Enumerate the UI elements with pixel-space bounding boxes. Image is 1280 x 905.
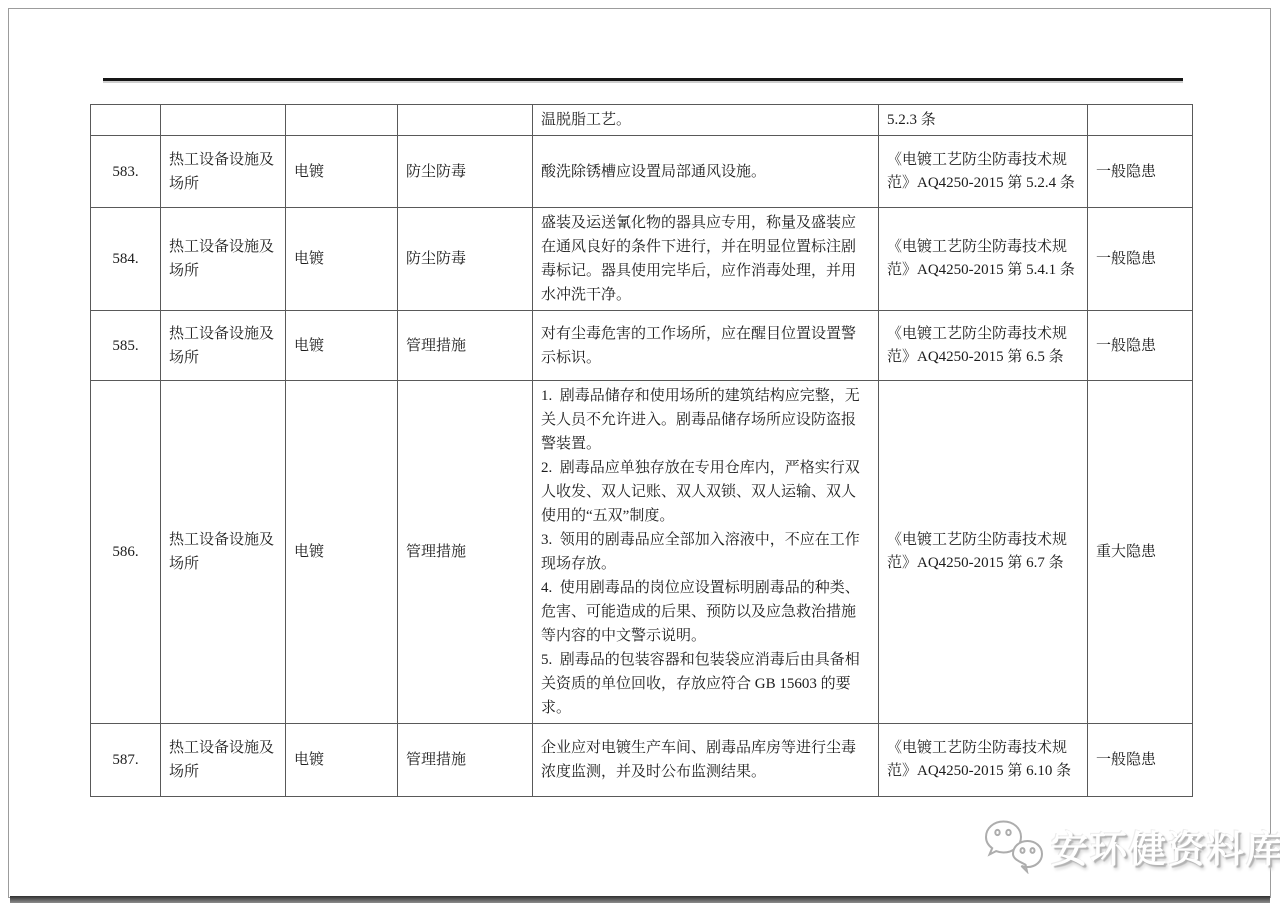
document-page: 温脱脂工艺。 5.2.3 条 583. 热工设备设施及场所 电镀 防尘防毒 酸洗…: [0, 0, 1280, 905]
cell-facility: 热工设备设施及场所: [161, 724, 286, 797]
cell-desc: 酸洗除锈槽应设置局部通风设施。: [533, 136, 879, 208]
cell-ref: 《电镀工艺防尘防毒技术规范》AQ4250-2015 第 5.4.1 条: [879, 208, 1088, 311]
cell-category: 防尘防毒: [398, 208, 533, 311]
cell-level: [1088, 105, 1193, 136]
cell-category: 管理措施: [398, 724, 533, 797]
cell-process: 电镀: [286, 208, 398, 311]
cell-process: 电镀: [286, 136, 398, 208]
cell-no: 584.: [91, 208, 161, 311]
header-divider: [103, 78, 1183, 81]
hazard-table: 温脱脂工艺。 5.2.3 条 583. 热工设备设施及场所 电镀 防尘防毒 酸洗…: [90, 104, 1193, 797]
cell-no: 583.: [91, 136, 161, 208]
table-row: 587. 热工设备设施及场所 电镀 管理措施 企业应对电镀生产车间、剧毒品库房等…: [91, 724, 1193, 797]
table-row: 584. 热工设备设施及场所 电镀 防尘防毒 盛装及运送氰化物的器具应专用，称量…: [91, 208, 1193, 311]
cell-ref: 《电镀工艺防尘防毒技术规范》AQ4250-2015 第 6.7 条: [879, 381, 1088, 724]
cell-ref: 《电镀工艺防尘防毒技术规范》AQ4250-2015 第 6.5 条: [879, 311, 1088, 381]
cell-desc: 企业应对电镀生产车间、剧毒品库房等进行尘毒浓度监测，并及时公布监测结果。: [533, 724, 879, 797]
cell-category: 防尘防毒: [398, 136, 533, 208]
cell-level: 一般隐患: [1088, 311, 1193, 381]
table-row: 585. 热工设备设施及场所 电镀 管理措施 对有尘毒危害的工作场所，应在醒目位…: [91, 311, 1193, 381]
cell-level: 一般隐患: [1088, 208, 1193, 311]
cell-desc: 1. 剧毒品储存和使用场所的建筑结构应完整，无关人员不允许进入。剧毒品储存场所应…: [533, 381, 879, 724]
cell-no: 585.: [91, 311, 161, 381]
cell-process: 电镀: [286, 311, 398, 381]
watermark-text: 安环健资料库: [1051, 819, 1280, 873]
watermark: 安环健资料库: [983, 818, 1280, 874]
table-row: 温脱脂工艺。 5.2.3 条: [91, 105, 1193, 136]
cell-desc: 温脱脂工艺。: [533, 105, 879, 136]
cell-category: [398, 105, 533, 136]
cell-facility: 热工设备设施及场所: [161, 208, 286, 311]
cell-desc: 对有尘毒危害的工作场所，应在醒目位置设置警示标识。: [533, 311, 879, 381]
cell-facility: 热工设备设施及场所: [161, 311, 286, 381]
cell-process: 电镀: [286, 724, 398, 797]
cell-facility: 热工设备设施及场所: [161, 381, 286, 724]
cell-no: 586.: [91, 381, 161, 724]
cell-process: [286, 105, 398, 136]
bottom-bar: [10, 896, 1270, 903]
wechat-icon: [983, 818, 1045, 874]
cell-no: 587.: [91, 724, 161, 797]
cell-process: 电镀: [286, 381, 398, 724]
cell-ref: 《电镀工艺防尘防毒技术规范》AQ4250-2015 第 6.10 条: [879, 724, 1088, 797]
cell-facility: 热工设备设施及场所: [161, 136, 286, 208]
cell-category: 管理措施: [398, 381, 533, 724]
cell-ref: 《电镀工艺防尘防毒技术规范》AQ4250-2015 第 5.2.4 条: [879, 136, 1088, 208]
cell-desc: 盛装及运送氰化物的器具应专用，称量及盛装应在通风良好的条件下进行，并在明显位置标…: [533, 208, 879, 311]
table-row: 583. 热工设备设施及场所 电镀 防尘防毒 酸洗除锈槽应设置局部通风设施。 《…: [91, 136, 1193, 208]
cell-level: 一般隐患: [1088, 724, 1193, 797]
cell-category: 管理措施: [398, 311, 533, 381]
cell-level: 重大隐患: [1088, 381, 1193, 724]
cell-facility: [161, 105, 286, 136]
cell-ref: 5.2.3 条: [879, 105, 1088, 136]
cell-no: [91, 105, 161, 136]
table-row: 586. 热工设备设施及场所 电镀 管理措施 1. 剧毒品储存和使用场所的建筑结…: [91, 381, 1193, 724]
cell-level: 一般隐患: [1088, 136, 1193, 208]
